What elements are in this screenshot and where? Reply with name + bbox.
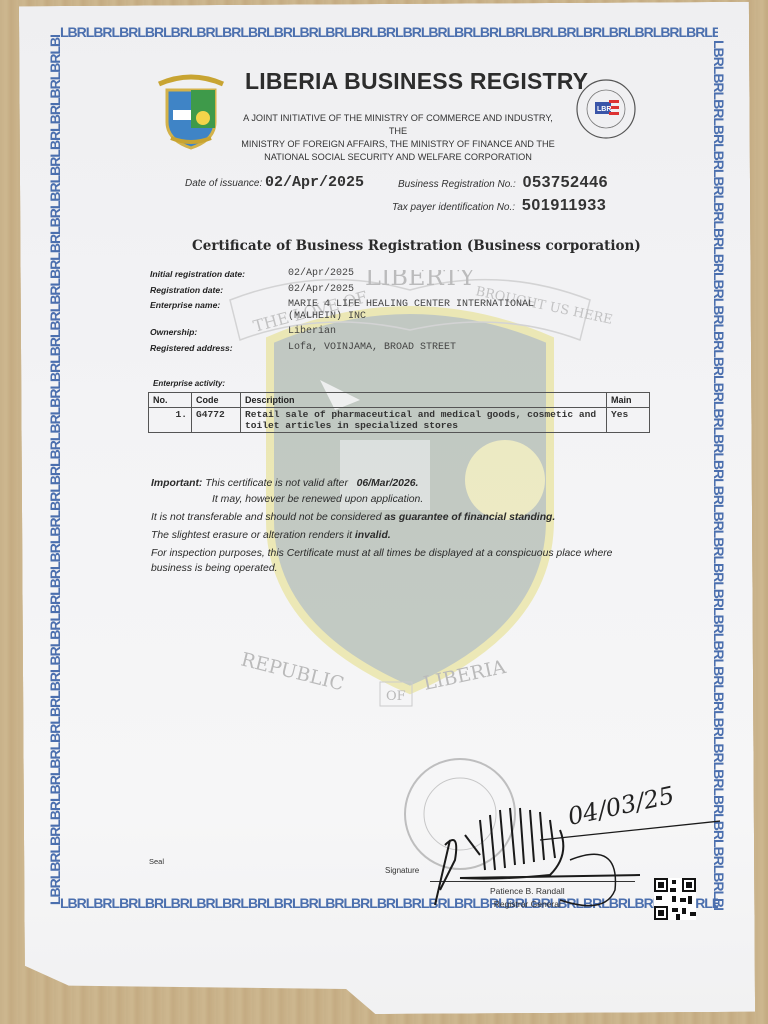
col-code: Code bbox=[192, 393, 241, 408]
subtitle-line: NATIONAL SOCIAL SECURITY AND WELFARE COR… bbox=[233, 151, 563, 164]
svg-text:REPUBLIC: REPUBLIC bbox=[239, 649, 346, 696]
field-label-initial-registration: Initial registration date: bbox=[150, 269, 245, 279]
tin-value: 501911933 bbox=[522, 197, 607, 214]
subtitle-line: A JOINT INITIATIVE OF THE MINISTRY OF CO… bbox=[233, 112, 563, 138]
security-border-left: LBRLBRLBRLBRLBRLBRLBRLBRLBRLBRLBRLBRLBRL… bbox=[48, 35, 62, 905]
field-label-registration-date: Registration date: bbox=[150, 285, 223, 295]
transfer-note: It is not transferable and should not be… bbox=[151, 510, 631, 526]
field-label-registered-address: Registered address: bbox=[150, 343, 233, 353]
erasure-note: The slightest erasure or alteration rend… bbox=[151, 528, 631, 544]
transfer-text: It is not transferable and should not be… bbox=[151, 512, 381, 523]
subtitle-line: MINISTRY OF FOREIGN AFFAIRS, THE MINISTR… bbox=[233, 138, 563, 151]
signature-label: Signature bbox=[385, 866, 419, 875]
enterprise-activity-label: Enterprise activity: bbox=[153, 379, 225, 388]
enterprise-activity-table: No. Code Description Main 1. G4772 Retai… bbox=[148, 392, 650, 433]
registry-title: LIBERIA BUSINESS REGISTRY bbox=[245, 68, 588, 95]
cell-description: Retail sale of pharmaceutical and medica… bbox=[241, 408, 607, 433]
issuance-date-value: 02/Apr/2025 bbox=[265, 174, 364, 191]
field-value-registered-address: Lofa, VOINJAMA, BROAD STREET bbox=[288, 342, 456, 354]
cell-main: Yes bbox=[607, 408, 650, 433]
issuance-date-label: Date of issuance: bbox=[185, 178, 262, 189]
field-value-enterprise-name: MARIE 4 LIFE HEALING CENTER INTERNATIONA… bbox=[288, 299, 534, 322]
certificate-title: Certificate of Business Registration (Bu… bbox=[192, 238, 641, 254]
inspection-note: For inspection purposes, this Certificat… bbox=[151, 546, 631, 576]
qr-code[interactable] bbox=[654, 878, 696, 920]
col-no: No. bbox=[149, 393, 192, 408]
validity-text: This certificate is not valid after bbox=[205, 478, 348, 489]
certificate-notes: Important: This certificate is not valid… bbox=[151, 476, 631, 576]
liberia-coat-of-arms-logo bbox=[155, 70, 227, 150]
col-description: Description bbox=[241, 393, 607, 408]
svg-text:LIBERTY: LIBERTY bbox=[365, 270, 476, 291]
field-value-ownership: Liberian bbox=[288, 326, 336, 338]
erasure-bold: invalid. bbox=[355, 530, 391, 541]
transfer-bold: as guarantee of financial standing. bbox=[384, 512, 555, 523]
field-label-ownership: Ownership: bbox=[150, 327, 197, 337]
svg-text:OF: OF bbox=[386, 689, 406, 704]
cell-no: 1. bbox=[149, 408, 192, 433]
col-main: Main bbox=[607, 393, 650, 408]
important-label: Important: bbox=[151, 478, 202, 489]
table-row: 1. G4772 Retail sale of pharmaceutical a… bbox=[149, 408, 650, 433]
validity-date: 06/Mar/2026. bbox=[357, 478, 419, 489]
business-registration-number: Business Registration No.: 053752446 bbox=[398, 174, 608, 192]
svg-text:04/03/25: 04/03/25 bbox=[565, 781, 676, 831]
security-border-top: LBRLBRLBRLBRLBRLBRLBRLBRLBRLBRLBRLBRLBRL… bbox=[60, 25, 718, 39]
enterprise-name-line: (MALHEIN) INC bbox=[288, 311, 534, 323]
reg-no-value: 053752446 bbox=[523, 174, 609, 191]
field-value-initial-registration: 02/Apr/2025 bbox=[288, 268, 354, 280]
cell-code: G4772 bbox=[192, 408, 241, 433]
tax-id-number: Tax payer identification No.: 501911933 bbox=[392, 197, 606, 215]
field-label-enterprise-name: Enterprise name: bbox=[150, 300, 220, 310]
reg-no-label: Business Registration No.: bbox=[398, 179, 516, 190]
lbr-seal-logo: LBR bbox=[575, 78, 637, 140]
svg-text:LBR: LBR bbox=[597, 106, 611, 113]
issuance-date: Date of issuance: 02/Apr/2025 bbox=[185, 174, 364, 191]
validity-note: Important: This certificate is not valid… bbox=[151, 476, 631, 492]
registry-subtitle: A JOINT INITIATIVE OF THE MINISTRY OF CO… bbox=[233, 112, 563, 164]
renewal-note: It may, however be renewed upon applicat… bbox=[151, 492, 631, 508]
tin-label: Tax payer identification No.: bbox=[392, 202, 515, 213]
erasure-text: The slightest erasure or alteration rend… bbox=[151, 530, 352, 541]
enterprise-name-line: MARIE 4 LIFE HEALING CENTER INTERNATIONA… bbox=[288, 299, 534, 311]
seal-label: Seal bbox=[149, 857, 164, 866]
field-value-registration-date: 02/Apr/2025 bbox=[288, 284, 354, 296]
